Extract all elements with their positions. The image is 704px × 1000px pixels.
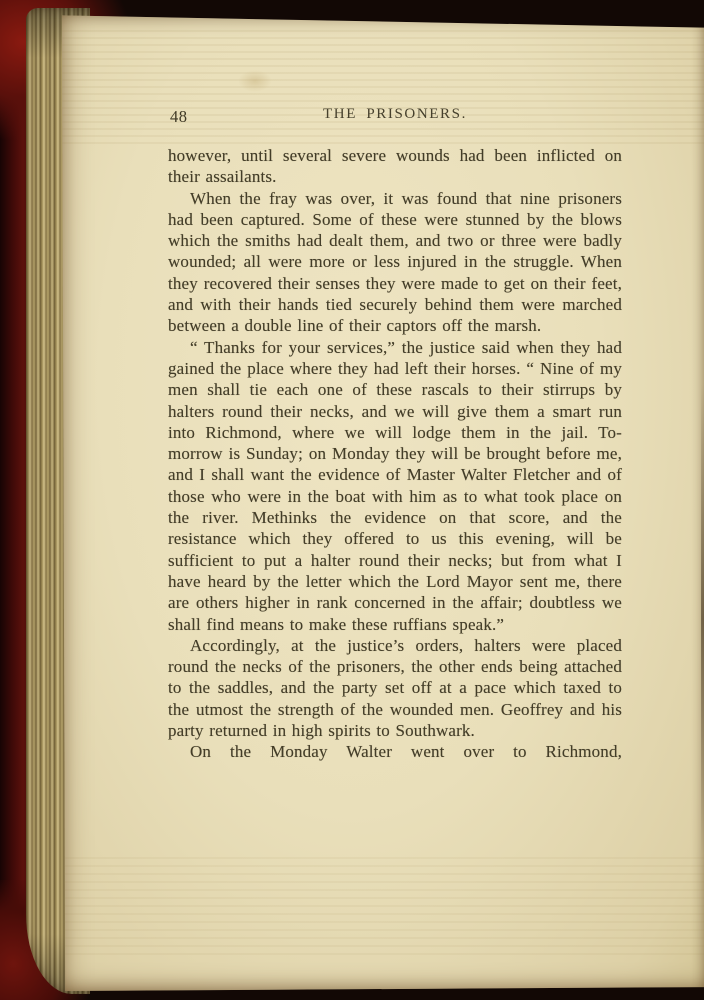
page-content: 48 THE PRISONERS. however, until several… (168, 106, 622, 763)
book-scan: 48 THE PRISONERS. however, until several… (0, 0, 704, 1000)
paragraph: “ Thanks for your services,” the justice… (168, 337, 622, 635)
page-number: 48 (170, 107, 188, 127)
page-stain (238, 70, 272, 92)
page-header: 48 THE PRISONERS. (168, 106, 622, 130)
running-title: THE PRISONERS. (168, 106, 622, 123)
paragraph: When the fray was over, it was found tha… (168, 188, 622, 337)
paragraph: On the Monday Walter went over to Richmo… (168, 741, 622, 762)
text-block: however, until several severe wounds had… (168, 145, 622, 763)
page-curvature-streaks-bottom (62, 857, 704, 957)
paragraph: however, until several severe wounds had… (168, 145, 622, 188)
book-page: 48 THE PRISONERS. however, until several… (62, 12, 704, 991)
paragraph: Accordingly, at the justice’s orders, ha… (168, 635, 622, 741)
